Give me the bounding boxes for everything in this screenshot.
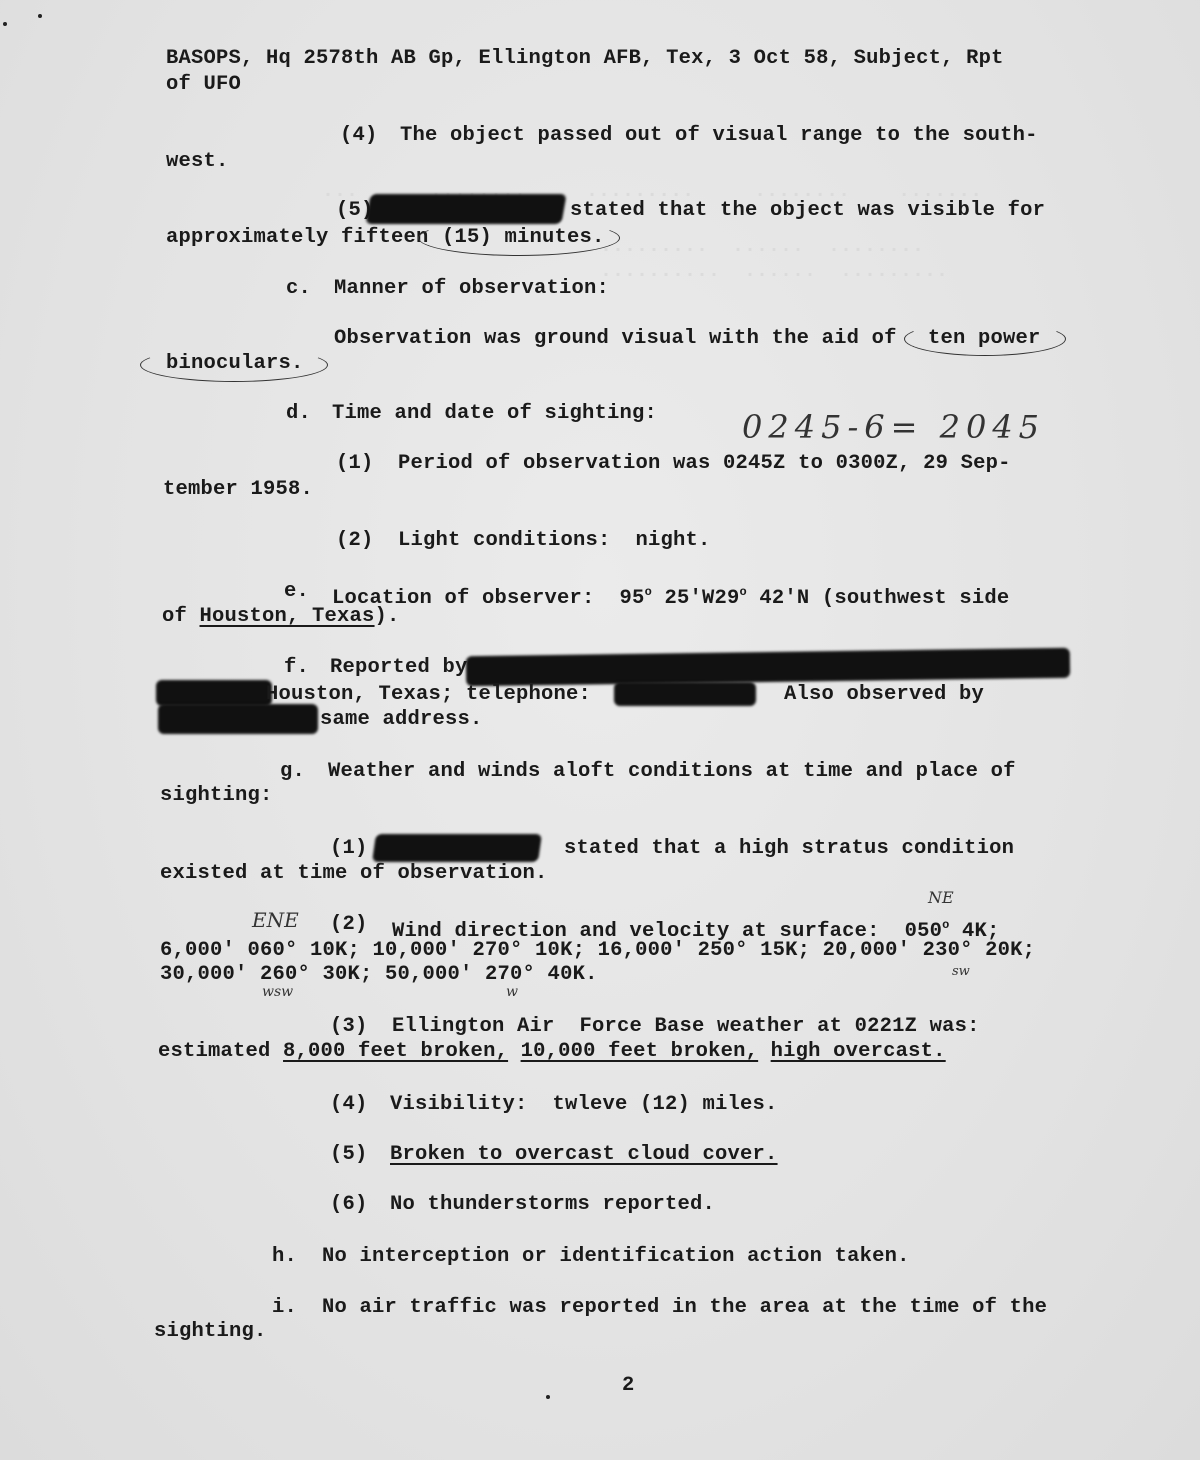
item-g3-text1: Ellington Air Force Base weather at 0221…: [392, 1015, 980, 1039]
item-g4-num: (4): [330, 1093, 368, 1117]
item-d-title: Time and date of sighting:: [332, 402, 657, 426]
item-g5-num: (5): [330, 1143, 368, 1167]
redaction-block: [372, 834, 542, 862]
underlined-location: Houston, Texas: [200, 605, 375, 628]
handwritten-sw: sw: [952, 964, 970, 979]
redaction-block: [156, 680, 272, 706]
item-g3-num: (3): [330, 1015, 368, 1039]
handwritten-wsw: wsw: [262, 984, 293, 1000]
item-f-text2b: Also observed by: [784, 683, 984, 707]
item-d1-text2: tember 1958.: [163, 478, 313, 502]
item-c-body1: Observation was ground visual with the a…: [334, 327, 897, 351]
item-f-text3: same address.: [320, 708, 483, 732]
item-h-label: h.: [272, 1245, 297, 1269]
speck: [38, 14, 42, 18]
item-g-title2: sighting:: [160, 784, 273, 808]
redaction-block: [466, 648, 1070, 686]
header-line-1: BASOPS, Hq 2578th AB Gp, Ellington AFB, …: [166, 47, 1004, 71]
handwritten-circle: [140, 348, 328, 382]
item-g-label: g.: [280, 760, 305, 784]
item-c-label: c.: [286, 277, 311, 301]
handwritten-time-note: 0245-6= 2045: [742, 408, 1045, 446]
speck: [546, 1395, 550, 1399]
item-g6-text: No thunderstorms reported.: [390, 1193, 715, 1217]
item-i-text1: No air traffic was reported in the area …: [322, 1296, 1047, 1320]
speck: [3, 22, 7, 26]
item-g1-num: (1): [330, 837, 368, 861]
item-g5-text: Broken to overcast cloud cover.: [390, 1143, 778, 1167]
item-i-label: i.: [272, 1296, 297, 1320]
item-g4-text: Visibility: twleve (12) miles.: [390, 1093, 778, 1117]
item-e-label: e.: [284, 580, 309, 604]
item-i-text2: sighting.: [154, 1320, 267, 1344]
item-g2-text2: 6,000' 060° 10K; 10,000' 270° 10K; 16,00…: [160, 939, 1035, 963]
item-b4-text1: The object passed out of visual range to…: [400, 124, 1038, 148]
item-g-title1: Weather and winds aloft conditions at ti…: [328, 760, 1016, 784]
page-number: 2: [622, 1374, 635, 1398]
item-d1-num: (1): [336, 452, 374, 476]
item-f-label: f.: [284, 656, 309, 680]
redaction-block: [158, 704, 318, 734]
item-b4-num: (4): [340, 124, 378, 148]
redaction-block: [614, 682, 756, 706]
item-d-label: d.: [286, 402, 311, 426]
item-g3-text2: estimated 8,000 feet broken, 10,000 feet…: [158, 1040, 946, 1064]
item-g6-num: (6): [330, 1193, 368, 1217]
handwritten-w: w: [506, 984, 518, 1000]
item-d2-text: Light conditions: night.: [398, 529, 711, 553]
item-b5-text2: approximately fifteen: [166, 226, 429, 250]
item-d2-num: (2): [336, 529, 374, 553]
handwritten-circle: [904, 322, 1066, 356]
item-c-title: Manner of observation:: [334, 277, 609, 301]
item-b5-text1: stated that the object was visible for: [570, 199, 1045, 223]
item-g1-text2: existed at time of observation.: [160, 862, 548, 886]
item-d1-text1: Period of observation was 0245Z to 0300Z…: [398, 452, 1011, 476]
header-line-2: of UFO: [166, 73, 241, 97]
bleed-through-text: .......... ...... .........: [600, 260, 948, 283]
item-e-text2: of Houston, Texas).: [162, 605, 400, 629]
bleed-through-text: ......... ...... ........: [600, 235, 924, 258]
item-f-text2: Houston, Texas; telephone:: [266, 683, 591, 707]
item-g1-text1: stated that a high stratus condition: [564, 837, 1014, 861]
document-page: ... ........ ......... ........ ....... …: [0, 0, 1200, 1460]
handwritten-ne: NE: [928, 888, 954, 907]
item-g2-text3: 30,000' 260° 30K; 50,000' 270° 40K.: [160, 963, 598, 987]
item-h-text: No interception or identification action…: [322, 1245, 910, 1269]
handwritten-circle: [418, 220, 620, 256]
handwritten-ene: ENE: [252, 908, 299, 932]
item-g2-num: (2): [330, 913, 368, 937]
item-e-text1: Location of observer: 95o 25'W29o 42'N (…: [332, 580, 1009, 611]
item-f-text1: Reported by: [330, 656, 468, 680]
item-b4-text2: west.: [166, 150, 229, 174]
